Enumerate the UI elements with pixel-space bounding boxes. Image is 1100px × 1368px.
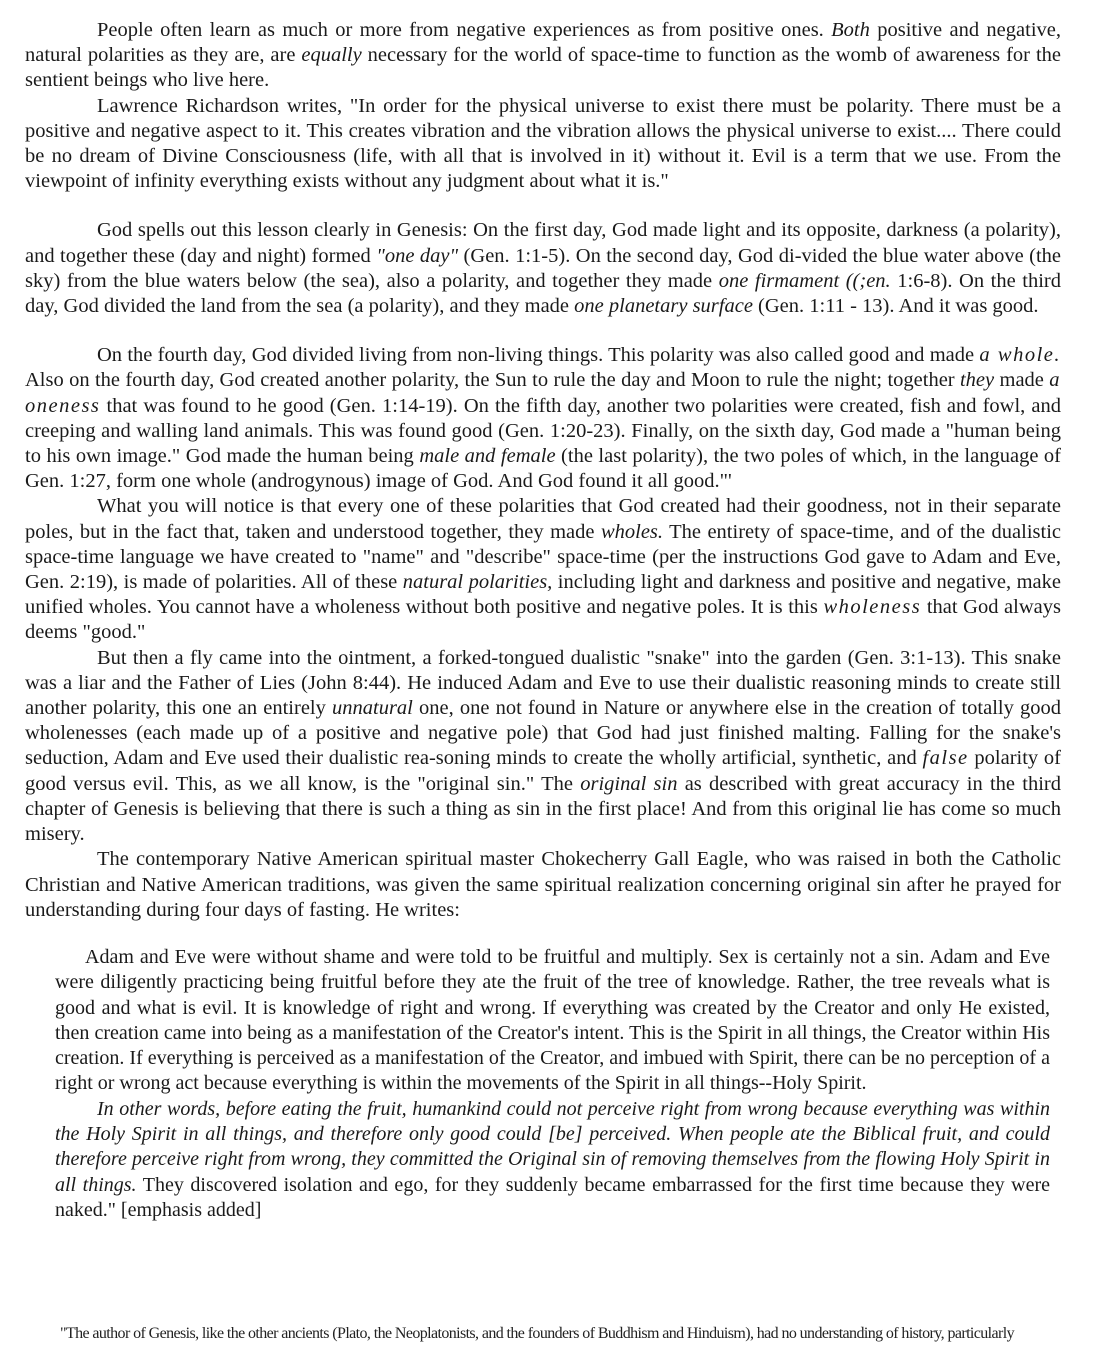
paragraph-gap bbox=[25, 194, 1061, 218]
paragraph-wholes: What you will notice is that every one o… bbox=[25, 494, 1061, 645]
emphasis-false: false bbox=[922, 747, 968, 769]
emphasis-a-whole: a whole. bbox=[979, 344, 1061, 366]
paragraph-chokecherry: The contemporary Native American spiritu… bbox=[25, 847, 1061, 923]
quote-paragraph-adam-eve: Adam and Eve were without shame and were… bbox=[55, 945, 1050, 1097]
block-quote: Adam and Eve were without shame and were… bbox=[55, 945, 1050, 1223]
paragraph-fourth-day: On the fourth day, God divided living fr… bbox=[25, 343, 1061, 494]
paragraph-gap bbox=[25, 923, 1061, 945]
emphasis-original-sin: original sin bbox=[580, 773, 677, 795]
paragraph-snake: But then a fly came into the ointment, a… bbox=[25, 646, 1061, 848]
text-run: They discovered isolation and ego, for t… bbox=[55, 1174, 1050, 1221]
footnote: "The author of Genesis, like the other a… bbox=[60, 1324, 1014, 1344]
paragraph-genesis-days: God spells out this lesson clearly in Ge… bbox=[25, 218, 1061, 319]
emphasis-equally: equally bbox=[301, 44, 361, 66]
paragraph-gap bbox=[25, 319, 1061, 343]
emphasis-natural-polarities: natural polarities, bbox=[403, 571, 553, 593]
text-run: People often learn as much or more from … bbox=[97, 19, 831, 41]
quote-paragraph-other-words: In other words, before eating the fruit,… bbox=[55, 1097, 1050, 1223]
emphasis-unnatural: unnatural bbox=[332, 697, 413, 719]
emphasis-they: they bbox=[960, 369, 994, 391]
emphasis-planetary-surface: one planetary surface bbox=[574, 295, 753, 317]
emphasis-wholes: wholes. bbox=[601, 521, 663, 543]
emphasis-one-day: "one day" bbox=[376, 245, 458, 267]
emphasis-wholeness: wholeness bbox=[823, 596, 921, 618]
emphasis-both: Both bbox=[831, 19, 870, 41]
text-run: On the fourth day, God divided living fr… bbox=[97, 344, 979, 366]
paragraph-negative-experiences: People often learn as much or more from … bbox=[25, 18, 1061, 94]
text-run: made bbox=[994, 369, 1049, 391]
paragraph-richardson-quote: Lawrence Richardson writes, "In order fo… bbox=[25, 94, 1061, 195]
document-page: People often learn as much or more from … bbox=[25, 18, 1061, 1223]
emphasis-male-female: male and female bbox=[419, 445, 555, 467]
text-run: (Gen. 1:11 - 13). And it was good. bbox=[753, 295, 1039, 317]
text-run: Also on the fourth day, God created anot… bbox=[25, 369, 960, 391]
emphasis-one-firmament: one firmament ((;en. bbox=[719, 270, 891, 292]
